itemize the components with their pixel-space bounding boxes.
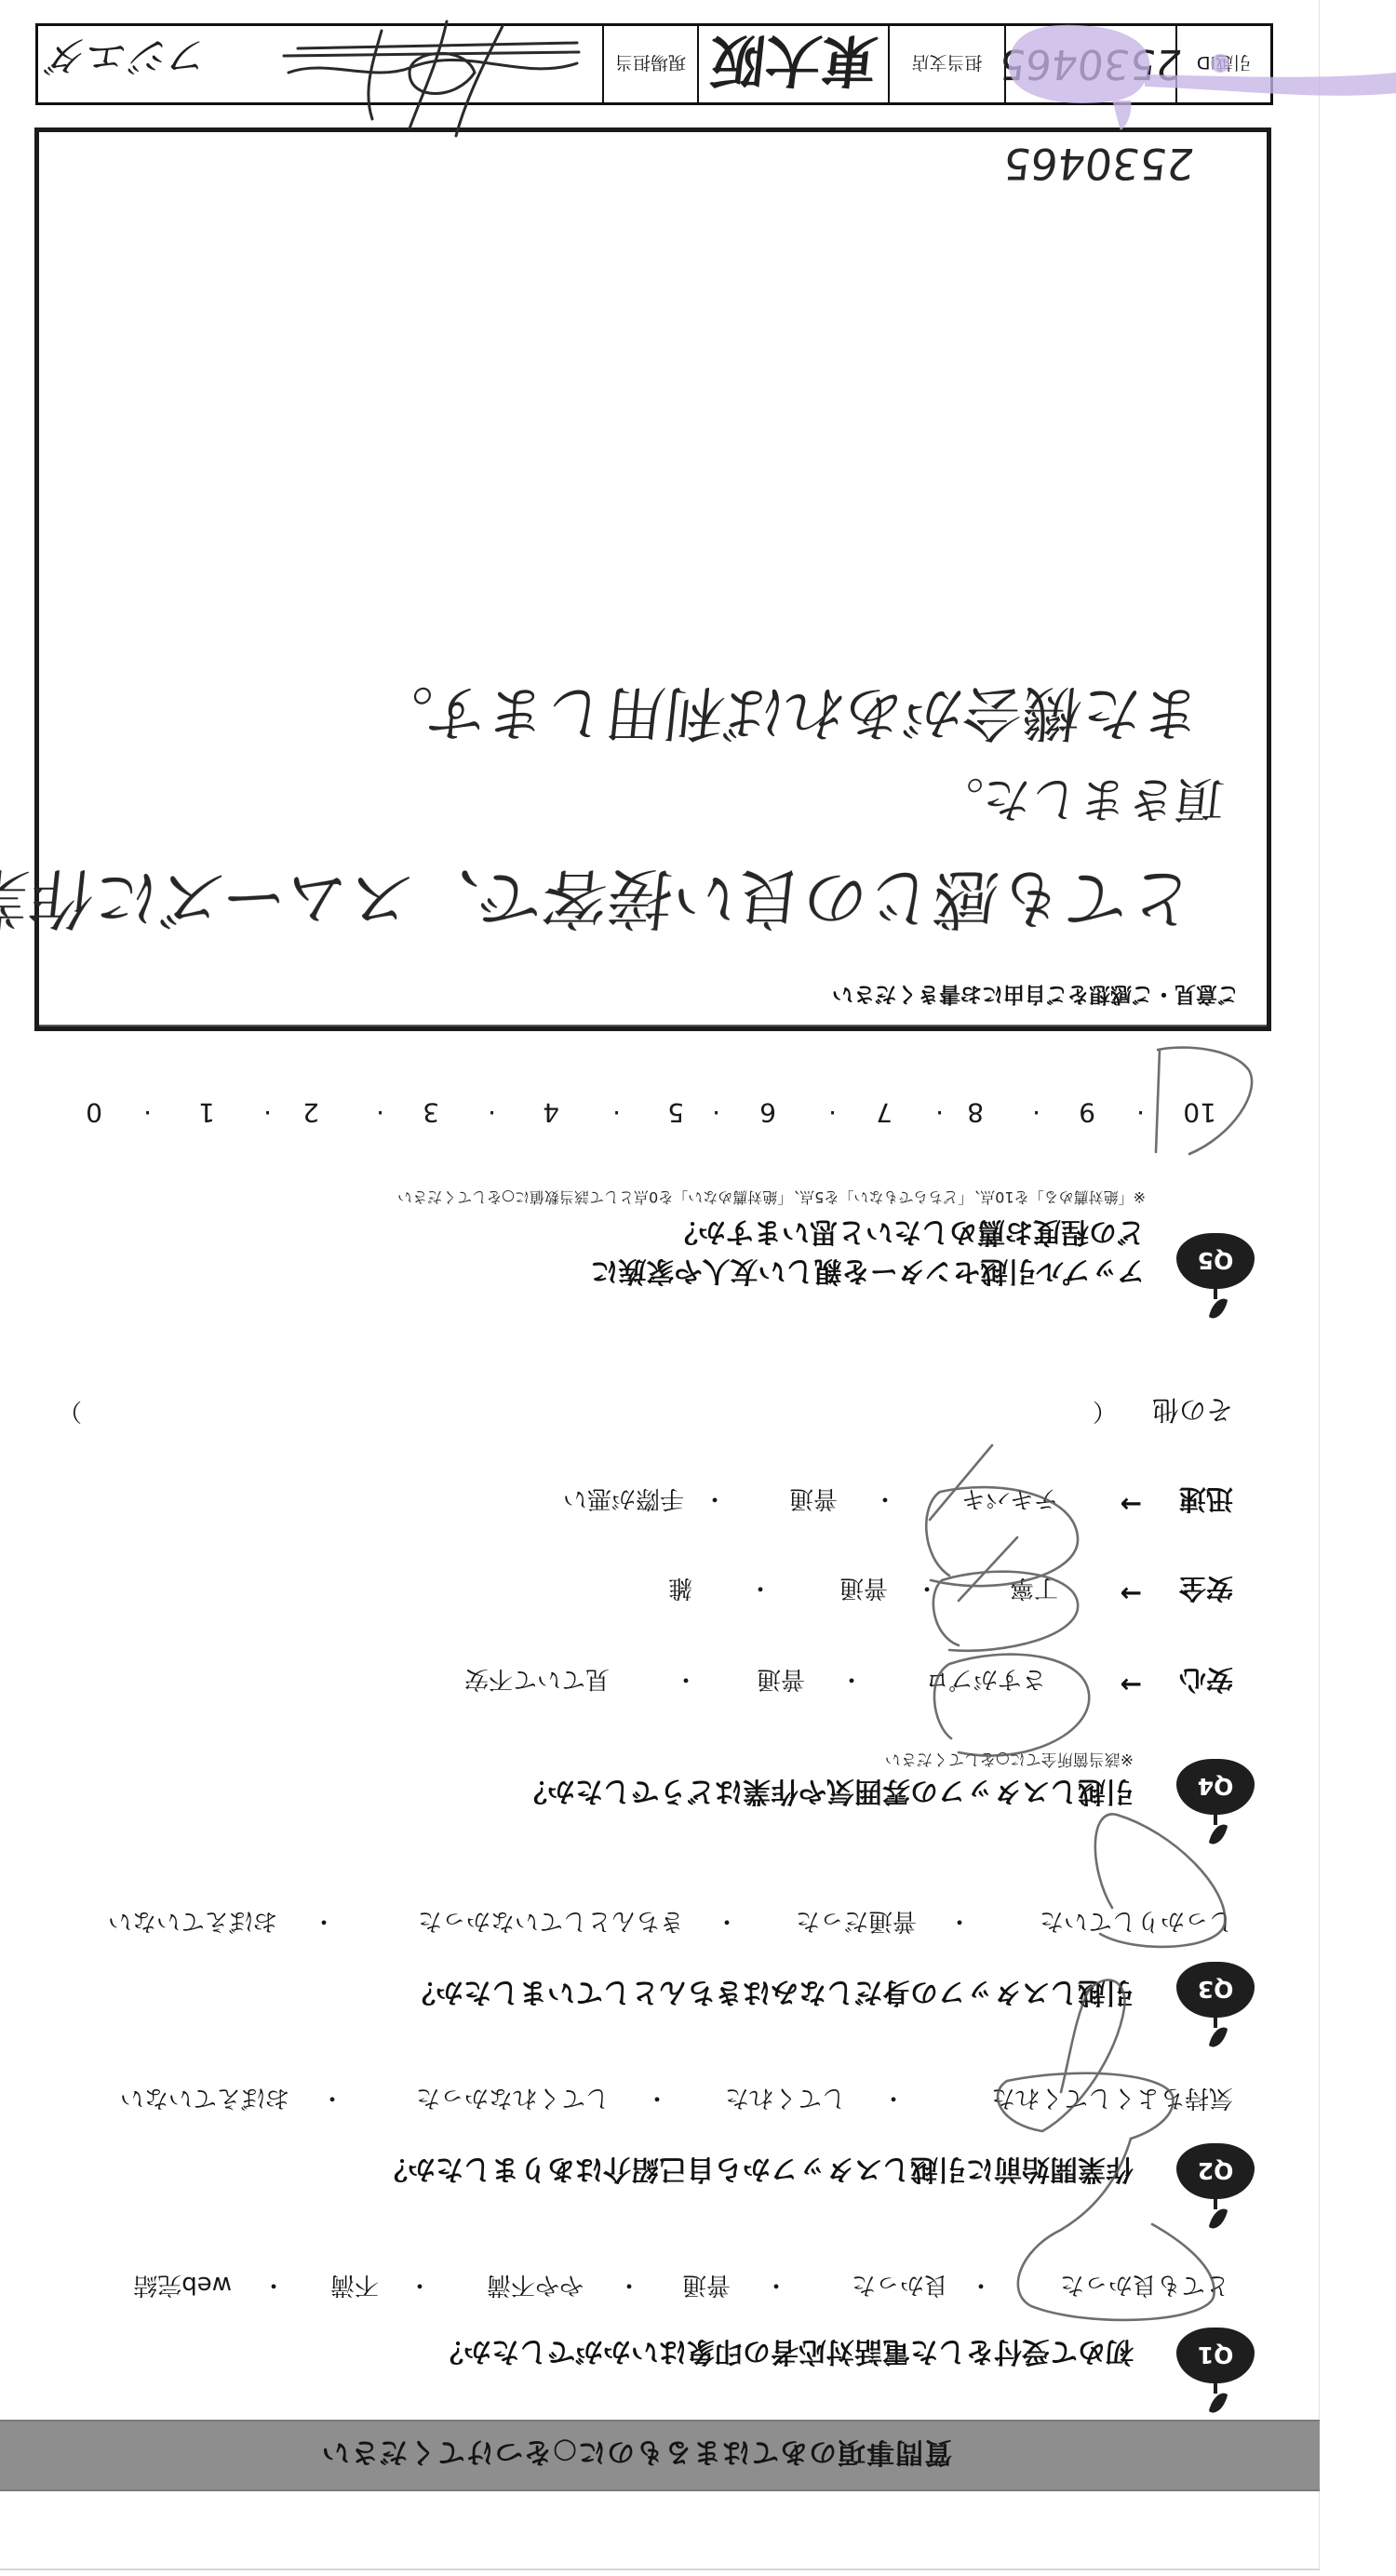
q1-question: 初めて受付をした電話対応者の印象はいかがでしたか？ xyxy=(436,2334,1134,2375)
separator: ・ xyxy=(873,1483,897,1518)
scale-dot: · xyxy=(263,1097,272,1128)
q2-apple-badge: Q2 xyxy=(1175,2142,1256,2232)
site-staff-label: 現場担当 xyxy=(615,52,686,77)
q1-option-dissatisfied: 不満 xyxy=(330,2270,379,2304)
separator: ・ xyxy=(748,1573,772,1607)
q4-option-rough: 雑 xyxy=(668,1573,692,1607)
arrow-right-icon: → xyxy=(1121,1489,1142,1520)
q2-option-did: してくれた xyxy=(725,2083,846,2117)
separator: ・ xyxy=(881,2083,906,2117)
scale-value-2: 2 xyxy=(302,1097,319,1128)
apple-icon: Q1 xyxy=(1176,2328,1255,2383)
q1-option-slightly-dissatisfied: やや不満 xyxy=(487,2270,584,2304)
q3-option-normal: 普通だった xyxy=(796,1906,917,1940)
q3-apple-badge: Q3 xyxy=(1175,1961,1256,2050)
scale-dot: · xyxy=(1136,1097,1145,1128)
q1-option-normal: 普通 xyxy=(682,2270,731,2304)
separator: ・ xyxy=(617,2270,641,2304)
scale-dot: · xyxy=(488,1097,496,1128)
q4-apple-badge: Q4 xyxy=(1175,1758,1256,1847)
scale-value-0: 0 xyxy=(86,1097,102,1128)
separator: ・ xyxy=(703,1483,727,1518)
separator: ・ xyxy=(408,2270,432,2304)
q4-option-clumsy: 手際が悪い xyxy=(563,1483,684,1518)
separator: ・ xyxy=(645,2083,669,2117)
separator: ・ xyxy=(915,1573,939,1607)
scale-value-7: 7 xyxy=(876,1097,893,1128)
q4-option-worrying: 見ていて不安 xyxy=(464,1664,610,1698)
instruction-bar: 質問事項のあてはまるものに○をつけてください xyxy=(0,2420,1320,2491)
scale-dot: · xyxy=(1032,1097,1040,1128)
leaf-icon xyxy=(1209,2206,1228,2231)
q4-option-normal: 普通 xyxy=(839,1573,888,1607)
scale-dot: · xyxy=(376,1097,384,1128)
leaf-icon xyxy=(1209,1821,1228,1846)
comment-label: ご意見・ご感想をご自由にお書きください xyxy=(832,981,1239,1012)
apple-icon: Q5 xyxy=(1176,1233,1255,1289)
q2-option-did-not: してくれなかった xyxy=(416,2083,610,2117)
q4-row-label-safety: 安全 xyxy=(1179,1571,1233,1609)
move-id-value-cell: 2530465 xyxy=(1004,26,1175,102)
move-id-label: 引越ID xyxy=(1197,52,1251,77)
q2-question: 作業開始前に引越しスタッフから自己紹介はありましたか？ xyxy=(380,2152,1134,2193)
separator: ・ xyxy=(262,2270,286,2304)
q2-option-dont-remember: おぼえていない xyxy=(120,2083,289,2117)
scale-dot: · xyxy=(935,1097,944,1128)
site-staff-value: フジエダ xyxy=(41,30,209,89)
scale-value-8: 8 xyxy=(967,1097,984,1128)
separator: ・ xyxy=(969,2270,993,2304)
survey-sheet: 質問事項のあてはまるものに○をつけてください Q1 初めて受付をした電話対応者の… xyxy=(0,0,1396,2576)
q4-row-label-speed: 迅速 xyxy=(1179,1482,1233,1520)
q3-option-dont-remember: おぼえていない xyxy=(108,1906,277,1940)
scale-value-4: 4 xyxy=(543,1097,559,1128)
branch-value: 東大阪 xyxy=(705,24,881,104)
scale-value-5: 5 xyxy=(667,1097,684,1128)
scale-value-9: 9 xyxy=(1079,1097,1095,1128)
q4-option-normal: 普通 xyxy=(789,1483,838,1518)
q5-apple-badge: Q5 xyxy=(1175,1232,1256,1322)
branch-label: 担当支店 xyxy=(912,52,983,77)
scale-value-3: 3 xyxy=(423,1097,439,1128)
q1-option-very-good: とても良かった xyxy=(1060,2270,1229,2304)
q4-option-careful: 丁寧 xyxy=(1010,1573,1058,1607)
handwritten-comment-line-1: とても感じの良い接客で、スムーズに作業して xyxy=(0,856,1198,950)
leaf-icon xyxy=(1209,2024,1228,2049)
site-staff-label-cell: 現場担当 xyxy=(602,26,697,102)
q3-question: 引越しスタッフの身だしなみはきちんとしていましたか？ xyxy=(408,1975,1134,2016)
q4-note: ※該当箇所全てに○をしてください xyxy=(885,1750,1134,1773)
leaf-icon xyxy=(1209,2390,1228,2415)
scale-value-1: 1 xyxy=(198,1097,215,1128)
move-id-label-cell: 引越ID xyxy=(1175,26,1270,102)
q4-other-open-paren: （ xyxy=(1093,1396,1117,1430)
separator: ・ xyxy=(947,1906,972,1940)
scale-dot: · xyxy=(612,1097,621,1128)
q1-option-good: 良かった xyxy=(852,2270,948,2304)
q4-other-close-paren: ） xyxy=(58,1396,82,1430)
instruction-text: 質問事項のあてはまるものに○をつけてください xyxy=(321,2435,952,2476)
q5-question-line-2: どの程度お薦めしたいと思いますか？ xyxy=(670,1214,1145,1255)
q1-option-web-complete: web完結 xyxy=(133,2270,232,2304)
q4-option-efficient: テキパキ xyxy=(961,1483,1058,1518)
apple-icon: Q2 xyxy=(1176,2143,1255,2199)
separator: ・ xyxy=(715,1906,739,1940)
scale-value-10: 10 xyxy=(1183,1097,1216,1128)
scale-dot: · xyxy=(143,1097,152,1128)
apple-icon: Q3 xyxy=(1176,1962,1255,2018)
apple-icon: Q4 xyxy=(1176,1759,1255,1815)
q4-other-label: その他 xyxy=(1152,1392,1233,1430)
site-staff-value-cell: フジエダ xyxy=(38,26,602,102)
separator: ・ xyxy=(839,1664,864,1698)
q5-question-line-1: アップル引越センターを親しい友人や家族に xyxy=(591,1254,1146,1295)
q1-apple-badge: Q1 xyxy=(1175,2327,1256,2416)
scale-dot: · xyxy=(828,1097,837,1128)
scale-dot: · xyxy=(712,1097,720,1128)
comment-box: ご意見・ご感想をご自由にお書きください とても感じの良い接客で、スムーズに作業し… xyxy=(34,127,1271,1031)
q4-row-label-reassurance: 安心 xyxy=(1179,1662,1233,1700)
record-table: 引越ID 2530465 担当支店 東大阪 現場担当 フジエダ xyxy=(35,23,1273,105)
separator: ・ xyxy=(320,2083,344,2117)
q4-option-normal: 普通 xyxy=(757,1664,805,1698)
q5-note: ※「絶対薦める」を10点、「どちらでもない」を5点、「絶対薦めない」を0点として… xyxy=(397,1187,1146,1209)
q3-option-tidy: しっかりしていた xyxy=(1040,1906,1233,1940)
arrow-right-icon: → xyxy=(1121,1670,1142,1700)
q3-option-untidy: きちんとしていなかった xyxy=(418,1906,684,1940)
move-id-value: 2530465 xyxy=(997,41,1184,88)
separator: ・ xyxy=(674,1664,698,1698)
q4-option-professional: さすがプロ xyxy=(925,1664,1046,1698)
scale-value-6: 6 xyxy=(759,1097,776,1128)
handwritten-move-id: 2530465 xyxy=(1000,139,1197,189)
q2-option-pleasant: 気持ちよくしてくれた xyxy=(991,2083,1233,2117)
branch-label-cell: 担当支店 xyxy=(888,26,1004,102)
arrow-right-icon: → xyxy=(1121,1578,1142,1609)
handwritten-comment-line-3: また機会があれば利用します。 xyxy=(367,675,1205,760)
separator: ・ xyxy=(312,1906,336,1940)
handwritten-comment-line-2: 頂きました。 xyxy=(930,769,1228,839)
separator: ・ xyxy=(764,2270,788,2304)
q4-question: 引越しスタッフの雰囲気や作業はどうでしたか？ xyxy=(519,1774,1134,1815)
leaf-icon xyxy=(1209,1295,1228,1321)
branch-value-cell: 東大阪 xyxy=(697,26,888,102)
